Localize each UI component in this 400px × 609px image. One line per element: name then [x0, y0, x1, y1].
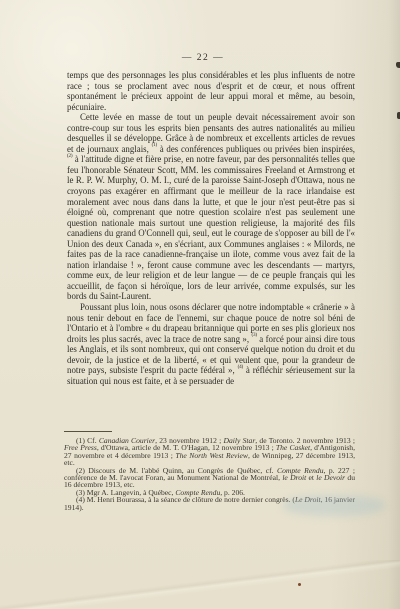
text-segment: The North West Review [175, 451, 248, 460]
paragraph: Poussant plus loin, nous osons déclarer … [67, 302, 355, 386]
text-segment: le Devoir [316, 473, 345, 482]
body-text: temps que des personnages les plus consi… [67, 70, 355, 432]
footnote-marker: (2) [67, 153, 72, 159]
ink-mark [396, 62, 400, 68]
text-segment: le Droit [282, 473, 306, 482]
footnote: (2) Discours de M. l'abbé Quinn, au Cong… [64, 467, 355, 489]
page-number: — 22 — [0, 53, 400, 63]
paper-crease [0, 560, 400, 609]
footnote-marker: (3) [251, 332, 256, 338]
text-segment: temps que des personnages les plus consi… [67, 70, 355, 112]
paper-stain [283, 495, 385, 516]
text-segment: (4) M. Henri Bourassa, à la séance de cl… [76, 495, 295, 504]
book-page: — 22 — temps que des personnages les plu… [0, 0, 400, 609]
paper-speck [298, 583, 301, 586]
footnote: (1) Cf. Canadian Courier, 23 novembre 19… [64, 437, 355, 467]
paragraph: temps que des personnages les plus consi… [67, 70, 355, 112]
footnote-separator [64, 431, 112, 432]
footnote-marker: (1) [152, 142, 157, 148]
text-segment: et [306, 473, 316, 482]
paragraph: Cette levée en masse de tout un peuple d… [67, 112, 355, 302]
text-segment: à l'attitude digne et fière prise, en no… [67, 154, 355, 301]
footnote-marker: (4) [238, 364, 243, 370]
text-segment: à des conférences publiques ou privées b… [157, 144, 355, 154]
